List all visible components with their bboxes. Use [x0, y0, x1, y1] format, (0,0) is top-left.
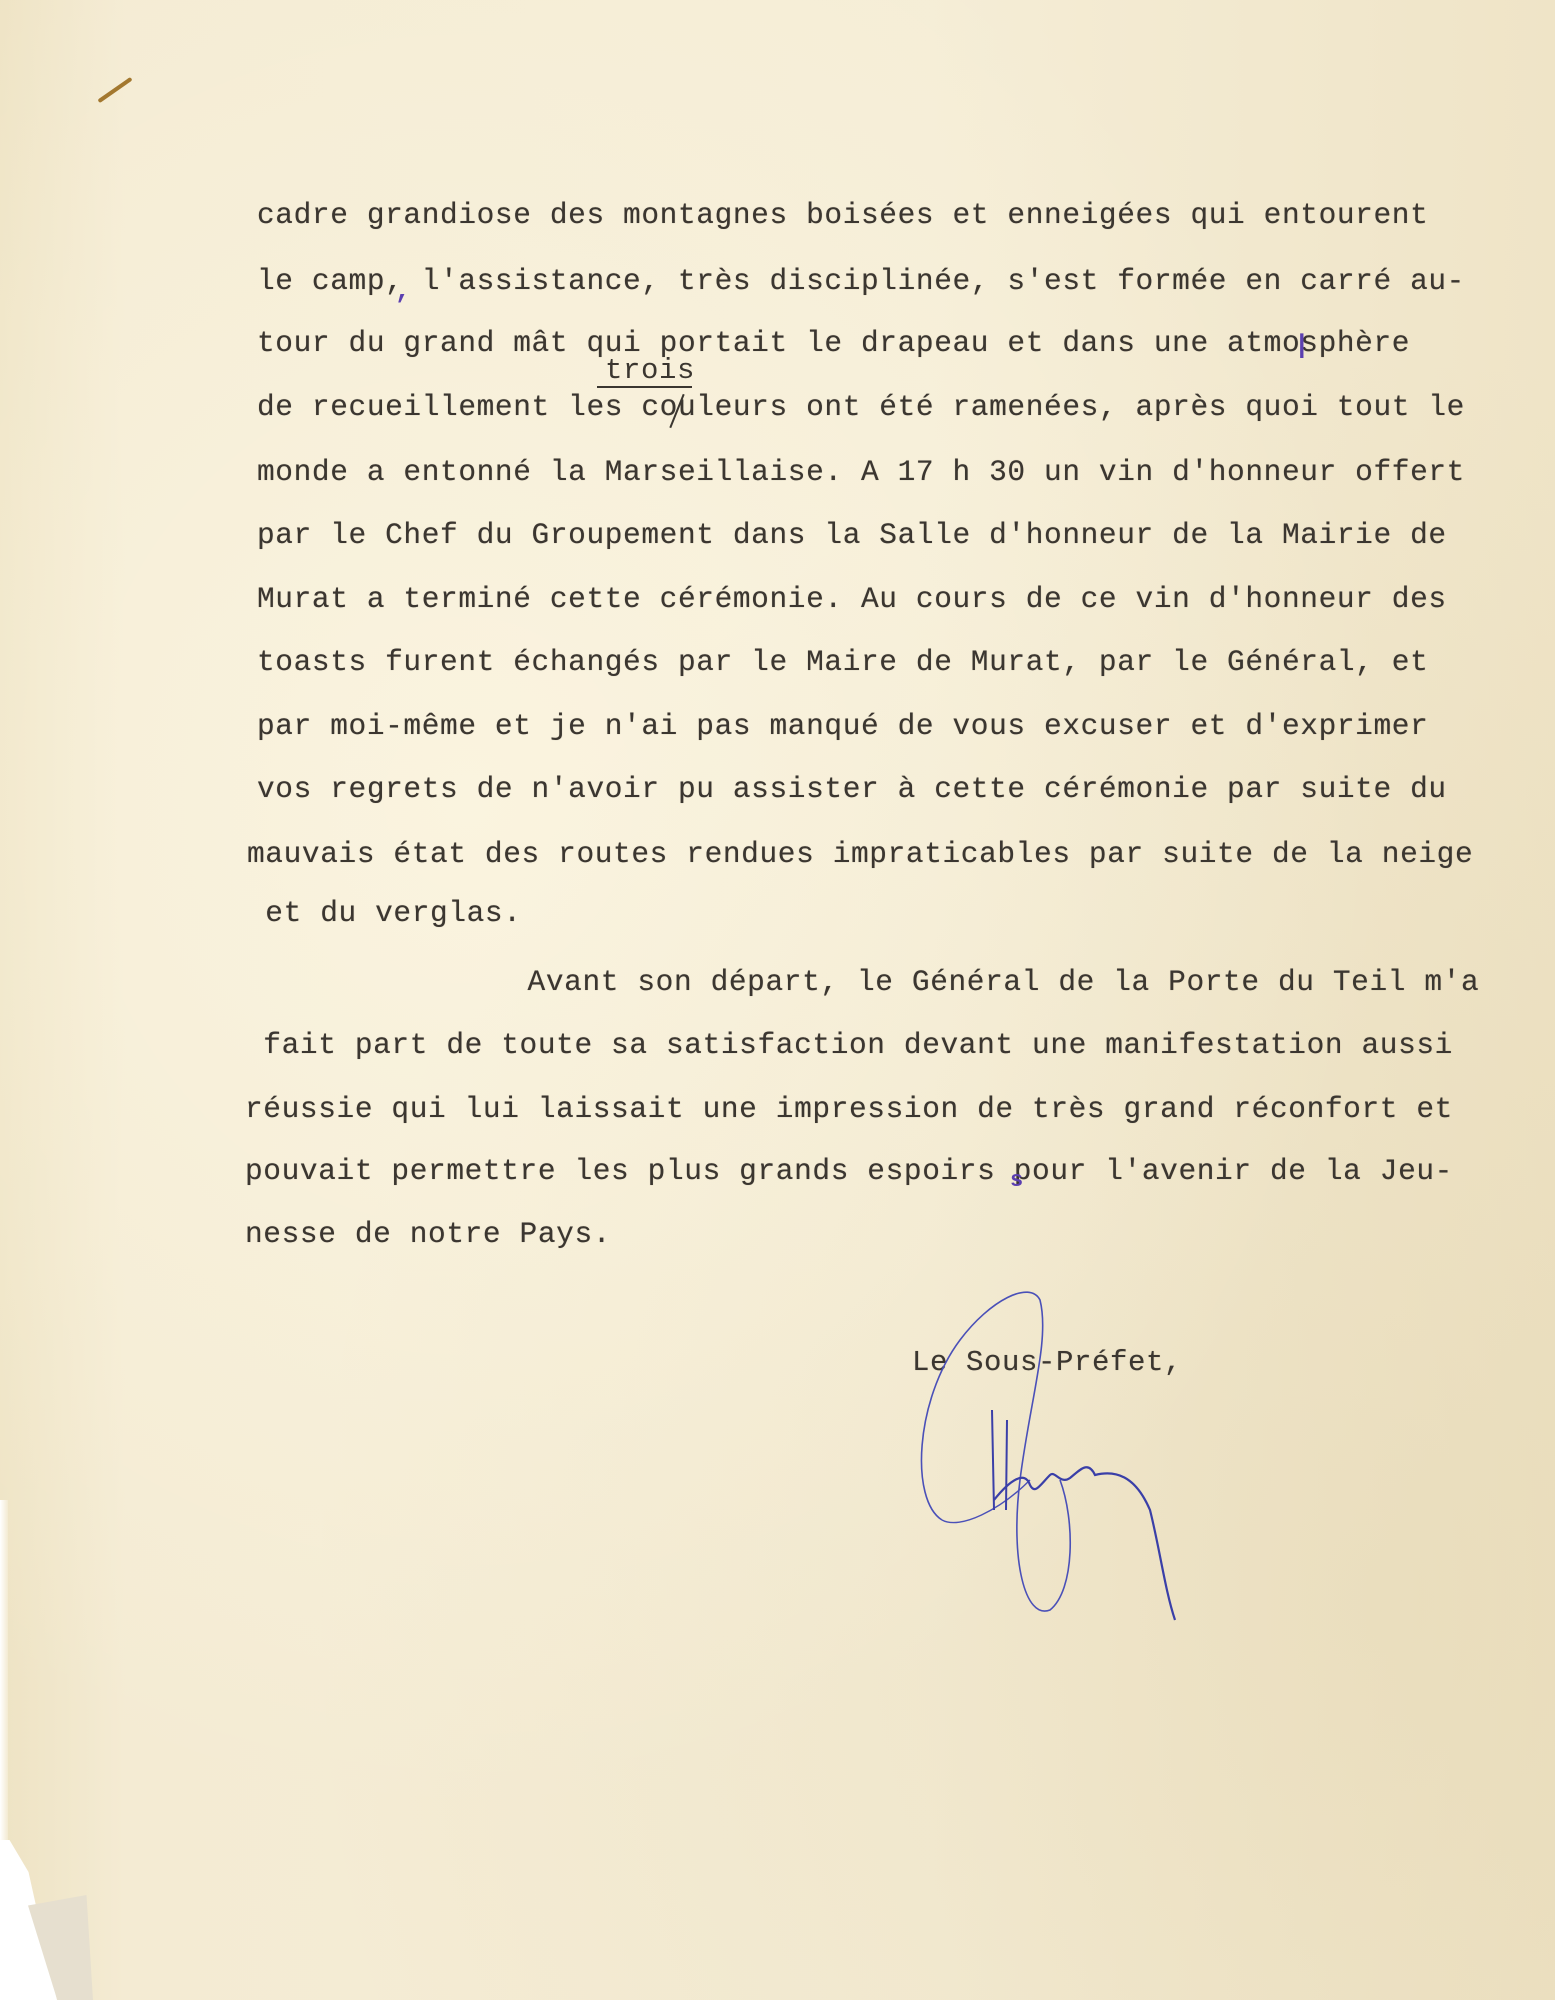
body-line: vos regrets de n'avoir pu assister à cet… — [257, 772, 1447, 806]
body-line: cadre grandiose des montagnes boisées et… — [257, 198, 1428, 232]
body-line: Murat a terminé cette cérémonie. Au cour… — [257, 582, 1447, 616]
body-line: pouvait permettre les plus grands espoir… — [245, 1154, 1453, 1188]
ink-letter-correction: s — [1010, 1168, 1023, 1193]
body-line: le camp, l'assistance, très disciplinée,… — [257, 264, 1465, 298]
body-line: Avant son départ, le Général de la Porte… — [253, 965, 1479, 999]
ink-letter-correction: | — [1294, 330, 1310, 360]
insertion-line — [597, 386, 692, 388]
handwritten-signature — [890, 1280, 1230, 1640]
body-line: réussie qui lui laissait une impression … — [245, 1092, 1453, 1126]
ink-comma-correction: , — [395, 276, 411, 306]
body-line: et du verglas. — [247, 896, 522, 930]
body-line: toasts furent échangés par le Maire de M… — [257, 645, 1428, 679]
body-line: mauvais état des routes rendues impratic… — [247, 837, 1473, 871]
body-line: nesse de notre Pays. — [245, 1217, 611, 1251]
body-line: fait part de toute sa satisfaction devan… — [245, 1028, 1453, 1062]
paper-background — [0, 0, 1555, 2000]
body-line: monde a entonné la Marseillaise. A 17 h … — [257, 455, 1465, 489]
body-line: par le Chef du Groupement dans la Salle … — [257, 518, 1447, 552]
body-line: de recueillement les couleurs ont été ra… — [257, 390, 1465, 424]
body-line: tour du grand mât qui portait le drapeau… — [257, 326, 1410, 360]
body-line: par moi-même et je n'ai pas manqué de vo… — [257, 709, 1428, 743]
interlinear-insertion: trois — [605, 354, 695, 387]
